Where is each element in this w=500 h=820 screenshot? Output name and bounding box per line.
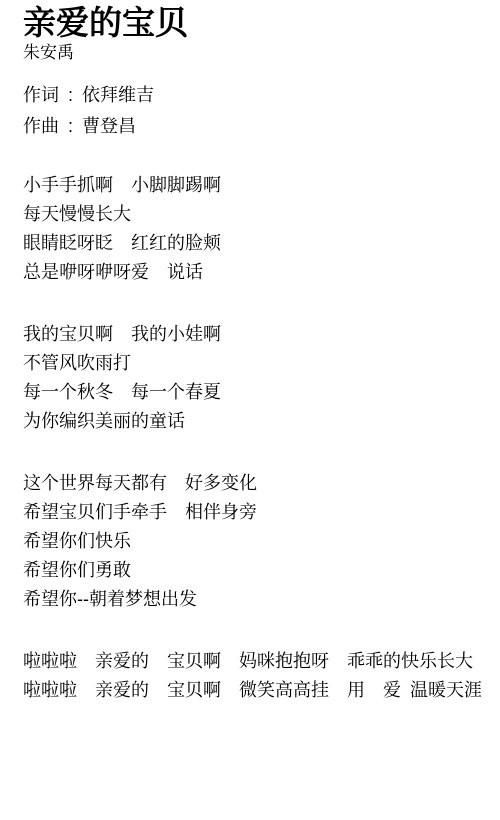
lyric-line: 为你编织美丽的童话 [23,407,500,436]
lyric-line: 总是咿呀咿呀爱 说话 [23,258,500,287]
composer-credit: 作曲 : 曹登昌 [23,111,500,142]
lyric-stanza-4: 啦啦啦 亲爱的 宝贝啊 妈咪抱抱呀 乖乖的快乐长大 啦啦啦 亲爱的 宝贝啊 微笑… [23,647,500,705]
lyric-line: 小手手抓啊 小脚脚踢啊 [23,171,500,200]
lyric-line: 希望你--朝着梦想出发 [23,585,500,614]
lyric-line: 啦啦啦 亲爱的 宝贝啊 妈咪抱抱呀 乖乖的快乐长大 [23,647,500,676]
lyric-stanza-2: 我的宝贝啊 我的小娃啊 不管风吹雨打 每一个秋冬 每一个春夏 为你编织美丽的童话 [23,320,500,436]
credits: 作词 : 依拜维吉 作曲 : 曹登昌 [23,80,500,142]
lyricist-credit: 作词 : 依拜维吉 [23,80,500,111]
lyrics: 小手手抓啊 小脚脚踢啊 每天慢慢长大 眼睛眨呀眨 红红的脸颊 总是咿呀咿呀爱 说… [23,171,500,705]
artist-name: 朱安禹 [23,42,500,64]
lyric-line: 啦啦啦 亲爱的 宝贝啊 微笑高高挂 用 爱 温暖天涯 [23,676,500,705]
lyric-line: 希望你们勇敢 [23,556,500,585]
lyric-stanza-1: 小手手抓啊 小脚脚踢啊 每天慢慢长大 眼睛眨呀眨 红红的脸颊 总是咿呀咿呀爱 说… [23,171,500,287]
lyric-line: 每天慢慢长大 [23,200,500,229]
lyric-line: 希望宝贝们手牵手 相伴身旁 [23,498,500,527]
lyric-line: 这个世界每天都有 好多变化 [23,469,500,498]
lyric-line: 希望你们快乐 [23,527,500,556]
lyric-line: 眼睛眨呀眨 红红的脸颊 [23,229,500,258]
lyric-stanza-3: 这个世界每天都有 好多变化 希望宝贝们手牵手 相伴身旁 希望你们快乐 希望你们勇… [23,469,500,614]
lyric-line: 不管风吹雨打 [23,349,500,378]
song-title: 亲爱的宝贝 [23,4,500,42]
lyric-line: 每一个秋冬 每一个春夏 [23,378,500,407]
lyrics-page: 亲爱的宝贝 朱安禹 作词 : 依拜维吉 作曲 : 曹登昌 小手手抓啊 小脚脚踢啊… [0,0,500,705]
lyric-line: 我的宝贝啊 我的小娃啊 [23,320,500,349]
